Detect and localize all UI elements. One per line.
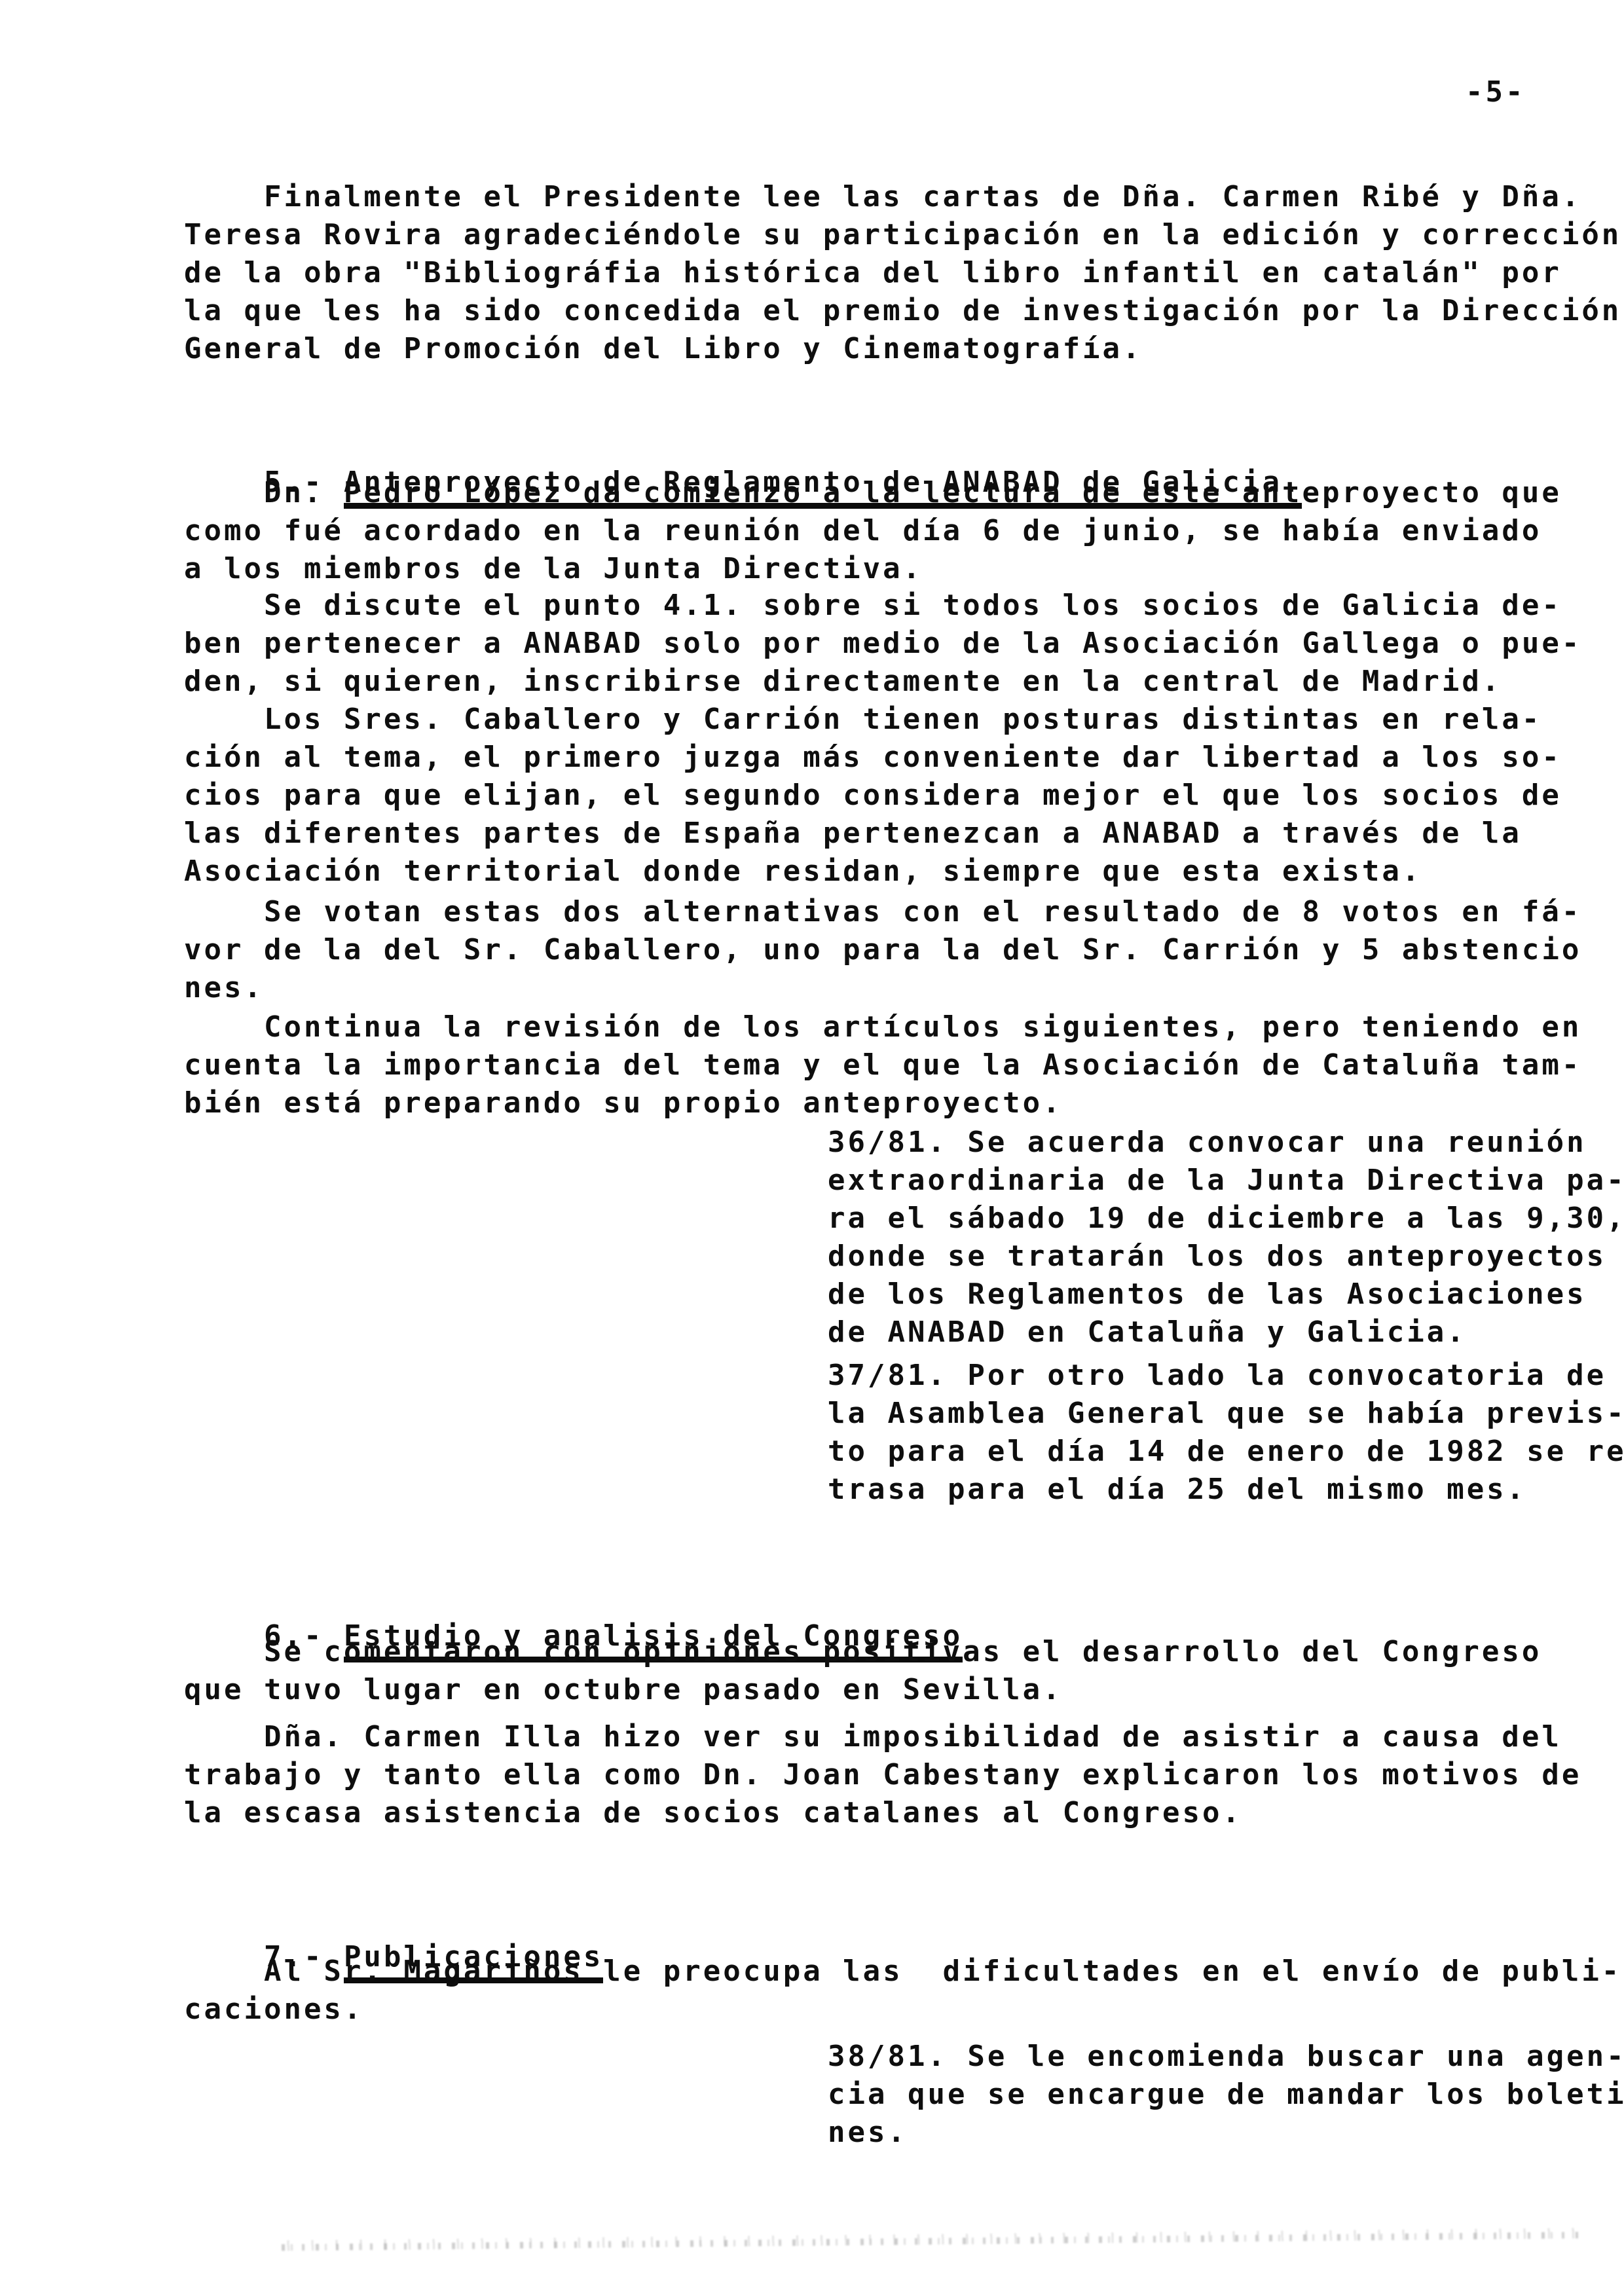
section-6-paragraph: Dña. Carmen Illa hizo ver su imposibilid… [184, 1718, 1581, 1832]
section-6-paragraph: Se comentaron con opiniones positivas el… [184, 1633, 1541, 1709]
resolution-38-81: 38/81. Se le encomienda buscar una agen-… [828, 2038, 1624, 2152]
section-5-paragraph: Se discute el punto 4.1. sobre si todos … [184, 587, 1581, 701]
section-5-paragraph: Los Sres. Caballero y Carrión tienen pos… [184, 701, 1562, 890]
document-page: -5- Finalmente el Presidente lee las car… [0, 0, 1624, 2295]
resolution-37-81: 37/81. Por otro lado la convocatoria de … [828, 1357, 1624, 1509]
intro-paragraph: Finalmente el Presidente lee las cartas … [184, 178, 1621, 368]
page-number: -5- [1466, 73, 1525, 111]
scanner-noise-artifact [282, 2222, 1578, 2257]
section-7-paragraph: Al Sr. Magariños le preocupa las dificul… [184, 1953, 1621, 2029]
section-5-paragraph: Dn. Pedro López da comienzo a la lectura… [184, 474, 1562, 588]
section-5-paragraph: Continua la revisión de los artículos si… [184, 1008, 1581, 1122]
section-5-paragraph: Se votan estas dos alternativas con el r… [184, 893, 1581, 1007]
resolution-36-81: 36/81. Se acuerda convocar una reunión e… [828, 1124, 1624, 1351]
